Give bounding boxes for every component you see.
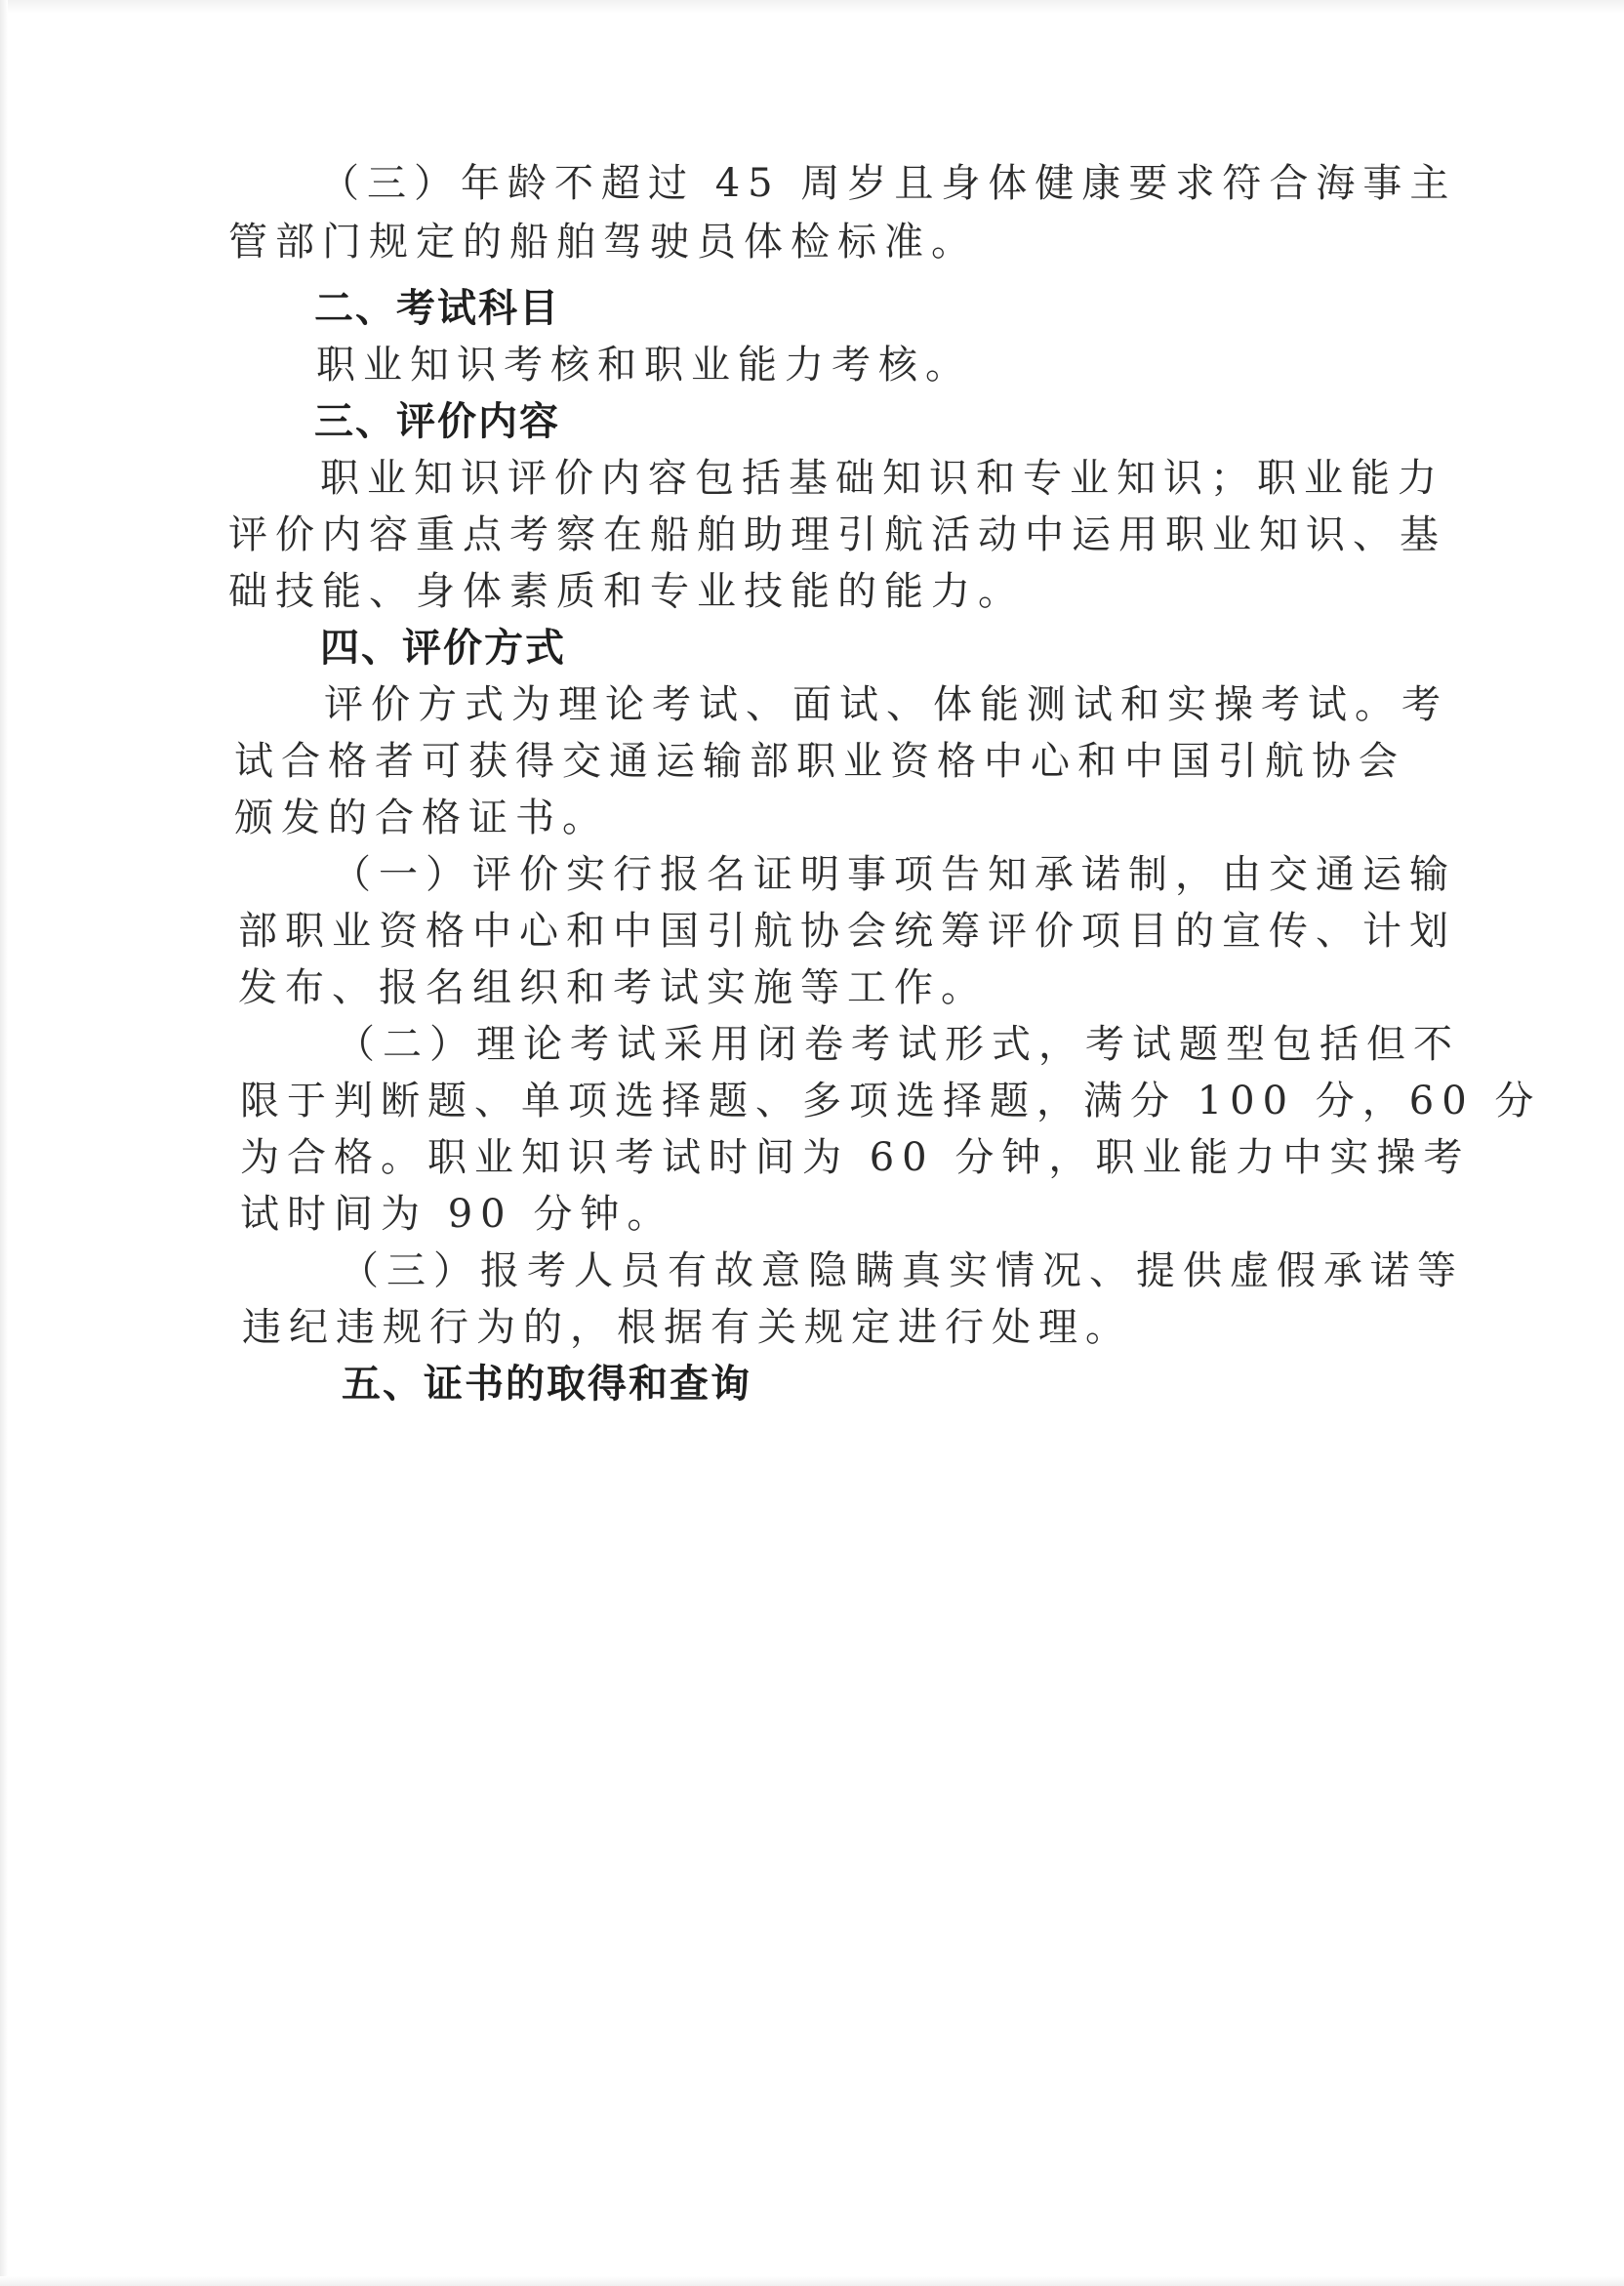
scan-top-edge — [0, 0, 1624, 14]
text-line: 试时间为 90 分钟。 — [240, 1191, 673, 1238]
scan-bottom-edge — [0, 2276, 1624, 2286]
text-line: 职业知识评价内容包括基础知识和专业知识；职业能力 — [320, 455, 1444, 502]
text-line: 试合格者可获得交通运输部职业资格中心和中国引航协会 — [234, 738, 1405, 785]
text-line: 管部门规定的船舶驾驶员体检标准。 — [228, 219, 978, 265]
section-heading-evaluation-method: 四、评价方式 — [320, 625, 566, 672]
text-line: （二）理论考试采用闭卷考试形式，考试题型包括但不 — [336, 1021, 1460, 1068]
text-line: 违纪违规行为的，根据有关规定进行处理。 — [242, 1304, 1132, 1351]
section-heading-certificate: 五、证书的取得和查询 — [342, 1361, 751, 1408]
section-heading-exam-subjects: 二、考试科目 — [314, 285, 560, 332]
text-line: 发布、报名组织和考试实施等工作。 — [238, 964, 988, 1011]
text-line: 为合格。职业知识考试时间为 60 分钟，职业能力中实操考 — [240, 1134, 1470, 1181]
text-line: 础技能、身体素质和专业技能的能力。 — [228, 568, 1025, 615]
text-line: 部职业资格中心和中国引航协会统筹评价项目的宣传、计划 — [238, 908, 1456, 955]
text-line: 评价方式为理论考试、面试、体能测试和实操考试。考 — [324, 681, 1448, 728]
text-line: 颁发的合格证书。 — [234, 795, 609, 841]
text-line: （三）年龄不超过 45 周岁且身体健康要求符合海事主 — [320, 160, 1456, 207]
text-line: 评价内容重点考察在船舶助理引航活动中运用职业知识、基 — [228, 511, 1446, 558]
text-line: 限于判断题、单项选择题、多项选择题，满分 100 分，60 分 — [240, 1078, 1541, 1124]
paragraph-exam-subjects: 职业知识考核和职业能力考核。 — [316, 342, 972, 388]
section-heading-evaluation-content: 三、评价内容 — [314, 398, 560, 445]
text-line: （三）报考人员有故意隐瞒真实情况、提供虚假承诺等 — [340, 1247, 1464, 1294]
text-line: （一）评价实行报名证明事项告知承诺制，由交通运输 — [332, 851, 1456, 898]
scan-left-edge — [0, 0, 8, 2286]
